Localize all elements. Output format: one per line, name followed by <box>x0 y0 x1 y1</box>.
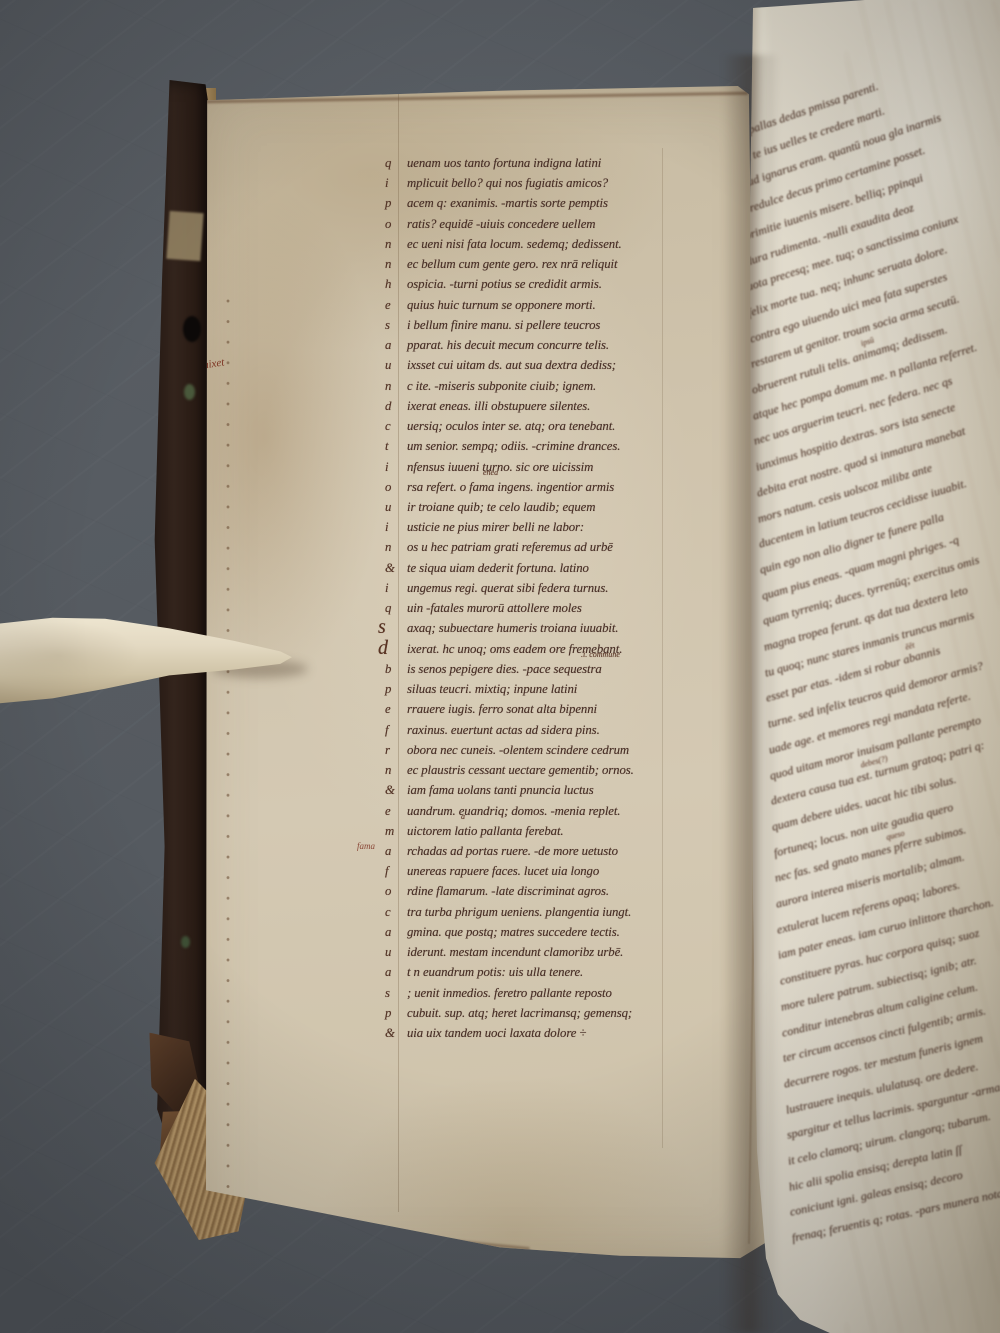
verse-text: te siqua uiam dederit fortuna. latino <box>407 558 589 578</box>
manuscript-verse-line: iungemus regi. querat sibi federa turnus… <box>385 578 685 598</box>
verse-text: ec ueni nisi fata locum. sedemq; dedisse… <box>407 234 622 254</box>
manuscript-verse-line: psiluas teucri. mixtiq; inpune latini <box>385 679 685 699</box>
verse-initial: f <box>385 861 407 881</box>
verse-text: usticie ne pius mirer belli ne labor: <box>407 517 584 537</box>
verse-initial: & <box>385 780 407 800</box>
manuscript-verse-line: pcubuit. sup. atq; heret lacrimansq; gem… <box>385 1003 685 1023</box>
manuscript-photo-scene: quenam uos tanto fortuna indigna latinii… <box>0 0 1000 1333</box>
manuscript-verse-line: ordine flamarum. -late discriminat agros… <box>385 881 685 901</box>
verse-text: uia uix tandem uoci laxata dolore ÷ <box>407 1023 586 1043</box>
spine-sewing-hole <box>183 316 201 342</box>
verse-text: iam fama uolans tanti pnuncia luctus <box>407 780 594 800</box>
verse-initial: q <box>385 153 407 173</box>
verse-text: cubuit. sup. atq; heret lacrimansq; geme… <box>407 1003 632 1023</box>
verse-initial: n <box>385 760 407 780</box>
manuscript-verse-line: iusticie ne pius mirer belli ne labor: <box>385 517 685 537</box>
verse-text: siluas teucri. mixtiq; inpune latini <box>407 679 577 699</box>
manuscript-verse-line: tum senior. sempq; odiis. -crimine dranc… <box>385 436 685 456</box>
verse-text: ixsset cui uitam ds. aut sua dextra dedi… <box>407 355 616 375</box>
verse-initial: a <box>385 335 407 355</box>
verse-initial: n <box>385 376 407 396</box>
manuscript-verse-line: nos u hec patriam grati referemus ad urb… <box>385 537 685 557</box>
verse-initial: o <box>385 477 407 497</box>
verse-text: um senior. sempq; odiis. -crimine drance… <box>407 436 620 456</box>
manuscript-verse-line: uir troiane quib; te celo laudib; equem <box>385 497 685 517</box>
manuscript-verse-line: at n euandrum potis: uis ulla tenere. <box>385 962 685 982</box>
manuscript-verse-line: dixerat. hc unoq; oms eadem ore fremeban… <box>385 639 685 659</box>
verse-text: ospicia. -turni potius se credidit armis… <box>407 274 602 294</box>
manuscript-verse-line: nc ite. -miseris subponite ciuib; ignem. <box>385 376 685 396</box>
verse-text: ratis? equidē -uiuis concedere uellem <box>407 214 595 234</box>
manuscript-verse-line: bis senos pepigere dies. -pace sequestra… <box>385 659 685 679</box>
verse-text: obora nec cuneis. -olentem scindere cedr… <box>407 740 629 760</box>
pricking-holes <box>226 298 230 1258</box>
manuscript-verse-line: funereas rapuere faces. lucet uia longo <box>385 861 685 881</box>
verse-initial: d <box>378 639 407 659</box>
verse-initial: a <box>385 922 407 942</box>
manuscript-verse-line: uiderunt. mestam incendunt clamoribz urb… <box>385 942 685 962</box>
verse-initial: r <box>385 740 407 760</box>
verse-initial: & <box>385 558 407 578</box>
spine-verdigris-spot <box>184 384 195 400</box>
interlinear-gloss: enea <box>483 469 498 477</box>
marginal-annotation: fama <box>357 841 375 851</box>
verse-initial: i <box>385 517 407 537</box>
verse-initial: a <box>385 841 407 861</box>
verse-initial: n <box>385 537 407 557</box>
verse-text: gmina. que postq; matres succedere tecti… <box>407 922 620 942</box>
right-page-recto: o pallas dedas pmissa parenti.ut te ius … <box>735 0 1000 1333</box>
verse-text: ec plaustris cessant uectare gementib; o… <box>407 760 634 780</box>
verse-text: axaq; subuectare humeris troiana iuuabit… <box>407 618 618 638</box>
spine-verdigris-spot <box>181 936 190 948</box>
verse-initial: o <box>385 881 407 901</box>
verse-initial: o <box>385 214 407 234</box>
verse-text: pparat. his decuit mecum concurre telis. <box>407 335 609 355</box>
verse-text: uersiq; oculos inter se. atq; ora teneba… <box>407 416 615 436</box>
verse-initial: s <box>385 983 407 1003</box>
left-page-text-block: quenam uos tanto fortuna indigna latinii… <box>385 153 685 1043</box>
verse-initial: i <box>385 457 407 477</box>
manuscript-verse-line: orsa refert. o fama ingens. ingentior ar… <box>385 477 685 497</box>
verse-text: acem q: exanimis. -martis sorte pemptis <box>407 193 608 213</box>
verse-initial: a <box>385 962 407 982</box>
verse-initial: c <box>385 416 407 436</box>
verse-text: ixerat eneas. illi obstupuere silentes. <box>407 396 590 416</box>
verse-text: uin -fatales murorū attollere moles <box>407 598 582 618</box>
manuscript-verse-line: apparat. his decuit mecum concurre telis… <box>385 335 685 355</box>
manuscript-verse-line: hospicia. -turni potius se credidit armi… <box>385 274 685 294</box>
verse-text: t n euandrum potis: uis ulla tenere. <box>407 962 583 982</box>
verse-text: rdine flamarum. -late discriminat agros. <box>407 881 609 901</box>
verse-text: i bellum finire manu. si pellere teucros <box>407 315 600 335</box>
manuscript-verse-line: robora nec cuneis. -olentem scindere ced… <box>385 740 685 760</box>
verse-text: os u hec patriam grati referemus ad urbē <box>407 537 613 557</box>
page-showthrough-texture <box>846 0 1000 1333</box>
verse-initial: d <box>385 396 407 416</box>
verse-text: c ite. -miseris subponite ciuib; ignem. <box>407 376 596 396</box>
manuscript-verse-line: nec bellum cum gente gero. rex nrā reliq… <box>385 254 685 274</box>
verse-initial: s <box>385 315 407 335</box>
verse-text: unereas rapuere faces. lucet uia longo <box>407 861 599 881</box>
verse-text: uictorem latio pallanta ferebat. <box>407 821 564 841</box>
manuscript-verse-line: &iam fama uolans tanti pnuncia luctus <box>385 780 685 800</box>
manuscript-verse-line: quin -fatales murorū attollere moles <box>385 598 685 618</box>
interlinear-gloss: a <box>461 813 465 821</box>
verse-initial: u <box>385 355 407 375</box>
verse-initial: e <box>385 699 407 719</box>
manuscript-verse-line: agmina. que postq; matres succedere tect… <box>385 922 685 942</box>
manuscript-verse-line: equius huic turnum se opponere morti. <box>385 295 685 315</box>
verse-initial: b <box>385 659 407 679</box>
verse-initial: c <box>385 902 407 922</box>
verse-initial: m <box>385 821 407 841</box>
verse-initial: & <box>385 1023 407 1043</box>
manuscript-verse-line: pacem q: exanimis. -martis sorte pemptis <box>385 193 685 213</box>
manuscript-verse-line: s; uenit inmedios. feretro pallante repo… <box>385 983 685 1003</box>
verse-text: rsa refert. o fama ingens. ingentior arm… <box>407 477 614 497</box>
verse-initial: h <box>385 274 407 294</box>
manuscript-verse-line: dixerat eneas. illi obstupuere silentes. <box>385 396 685 416</box>
manuscript-verse-line: infensus iuueni turno. sic ore uicissim <box>385 457 685 477</box>
verse-initial: p <box>385 193 407 213</box>
manuscript-verse-line: nec ueni nisi fata locum. sedemq; dediss… <box>385 234 685 254</box>
verse-text: nfensus iuueni turno. sic ore uicissim <box>407 457 593 477</box>
verse-text: raxinus. euertunt actas ad sidera pins. <box>407 720 600 740</box>
verse-text: quius huic turnum se opponere morti. <box>407 295 596 315</box>
page-top-edge <box>203 92 748 104</box>
manuscript-verse-line: nec plaustris cessant uectare gementib; … <box>385 760 685 780</box>
verse-initial: i <box>385 173 407 193</box>
verse-initial: f <box>385 720 407 740</box>
manuscript-verse-line: &te siqua uiam dederit fortuna. latino <box>385 558 685 578</box>
verse-initial: i <box>385 578 407 598</box>
page-bottom-edge <box>201 1215 530 1250</box>
verse-initial: n <box>385 234 407 254</box>
verse-text: ; uenit inmedios. feretro pallante repos… <box>407 983 612 1003</box>
verse-initial: e <box>385 801 407 821</box>
verse-text: ec bellum cum gente gero. rex nrā reliqu… <box>407 254 617 274</box>
verse-text: ungemus regi. querat sibi federa turnus. <box>407 578 608 598</box>
verse-initial: s <box>378 618 407 638</box>
verse-text: rchadas ad portas ruere. -de more uetust… <box>407 841 618 861</box>
verse-initial: t <box>385 436 407 456</box>
manuscript-verse-line: si bellum finire manu. si pellere teucro… <box>385 315 685 335</box>
manuscript-verse-line: euandrum. euandriq; domos. -menia replet… <box>385 801 685 821</box>
manuscript-verse-line: archadas ad portas ruere. -de more uetus… <box>385 841 685 861</box>
verse-text: iderunt. mestam incendunt clamoribz urbē… <box>407 942 623 962</box>
manuscript-verse-line: ctra turba phrigum ueniens. plangentia i… <box>385 902 685 922</box>
verse-text: tra turba phrigum ueniens. plangentia iu… <box>407 902 631 922</box>
manuscript-verse-line: &uia uix tandem uoci laxata dolore ÷ <box>385 1023 685 1043</box>
manuscript-verse-line: oratis? equidē -uiuis concedere uellem <box>385 214 685 234</box>
verse-initial: n <box>385 254 407 274</box>
verse-initial: e <box>385 295 407 315</box>
verse-initial: u <box>385 497 407 517</box>
verse-initial: p <box>385 1003 407 1023</box>
verse-text: is senos pepigere dies. -pace sequestra <box>407 659 602 679</box>
manuscript-verse-line: uixsset cui uitam ds. aut sua dextra ded… <box>385 355 685 375</box>
manuscript-verse-line: errauere iugis. ferro sonat alta bipenni <box>385 699 685 719</box>
manuscript-verse-line: quenam uos tanto fortuna indigna latini <box>385 153 685 173</box>
verse-initial: q <box>385 598 407 618</box>
verse-initial: p <box>385 679 407 699</box>
manuscript-verse-line: cuersiq; oculos inter se. atq; ora teneb… <box>385 416 685 436</box>
interlinear-gloss: .i. commune <box>581 651 620 659</box>
manuscript-verse-line: saxaq; subuectare humeris troiana iuuabi… <box>385 618 685 638</box>
manuscript-verse-line: fraxinus. euertunt actas ad sidera pins. <box>385 720 685 740</box>
manuscript-verse-line: implicuit bello? qui nos fugiatis amicos… <box>385 173 685 193</box>
spine-wear-patch <box>166 211 203 261</box>
verse-initial: u <box>385 942 407 962</box>
verse-text: mplicuit bello? qui nos fugiatis amicos? <box>407 173 608 193</box>
verse-text: uenam uos tanto fortuna indigna latini <box>407 153 601 173</box>
manuscript-verse-line: muictorem latio pallanta ferebat.a <box>385 821 685 841</box>
verse-text: rrauere iugis. ferro sonat alta bipenni <box>407 699 597 719</box>
verse-text: ir troiane quib; te celo laudib; equem <box>407 497 595 517</box>
verse-text: uandrum. euandriq; domos. -menia replet. <box>407 801 620 821</box>
